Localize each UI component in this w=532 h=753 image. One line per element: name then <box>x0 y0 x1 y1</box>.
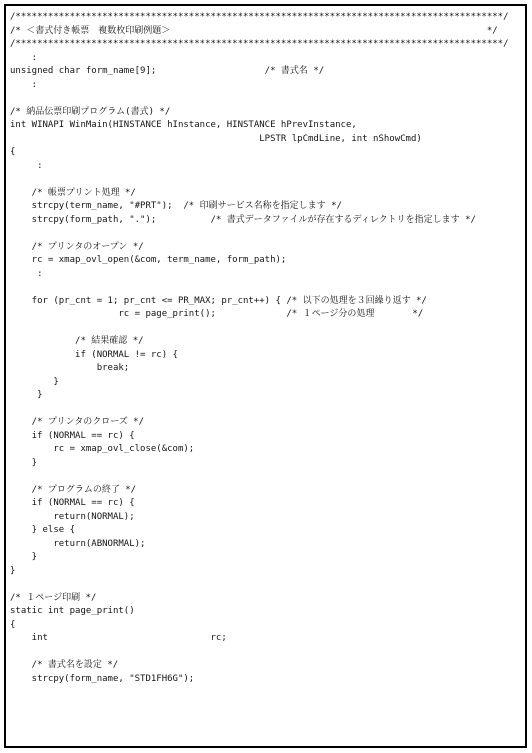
code-line: LPSTR lpCmdLine, int nShowCmd) <box>10 133 525 147</box>
code-line: } else { <box>10 524 525 538</box>
code-line: int rc; <box>10 632 525 646</box>
code-line: break; <box>10 362 525 376</box>
code-line: : <box>10 79 525 93</box>
code-line: } <box>10 376 525 390</box>
code-line: : <box>10 268 525 282</box>
code-line: { <box>10 619 525 633</box>
code-line <box>10 403 525 417</box>
code-line <box>10 227 525 241</box>
code-line: /***************************************… <box>10 11 525 25</box>
code-line: /***************************************… <box>10 38 525 52</box>
code-line: /* プリンタのオープン */ <box>10 241 525 255</box>
code-line: return(NORMAL); <box>10 511 525 525</box>
code-line: } <box>10 551 525 565</box>
code-line <box>10 578 525 592</box>
code-line: /* プログラムの終了 */ <box>10 484 525 498</box>
code-listing: /***************************************… <box>6 6 525 686</box>
code-line <box>10 322 525 336</box>
code-line: } <box>10 389 525 403</box>
code-line: return(ABNORMAL); <box>10 538 525 552</box>
code-line <box>10 646 525 660</box>
code-line: } <box>10 565 525 579</box>
code-line <box>10 281 525 295</box>
code-line: int WINAPI WinMain(HINSTANCE hInstance, … <box>10 119 525 133</box>
code-line: rc = xmap_ovl_close(&com); <box>10 443 525 457</box>
code-line: /* 納品伝票印刷プログラム(書式) */ <box>10 106 525 120</box>
comment-closer: */ <box>487 25 498 39</box>
code-line <box>10 470 525 484</box>
code-line: } <box>10 457 525 471</box>
code-line: /* 結果確認 */ <box>10 335 525 349</box>
code-line: strcpy(term_name, "#PRT"); /* 印刷サービス名称を指… <box>10 200 525 214</box>
code-line: if (NORMAL == rc) { <box>10 497 525 511</box>
code-line: if (NORMAL == rc) { <box>10 430 525 444</box>
code-line <box>10 173 525 187</box>
code-line: strcpy(form_path, "."); /* 書式データファイルが存在す… <box>10 214 525 228</box>
code-line: /* プリンタのクローズ */ <box>10 416 525 430</box>
code-line: /* ＜書式付き帳票 複数枚印刷例題＞*/ <box>10 25 525 39</box>
code-line: rc = xmap_ovl_open(&com, term_name, form… <box>10 254 525 268</box>
code-line: strcpy(form_name, "STD1FH6G"); <box>10 673 525 687</box>
code-line: { <box>10 146 525 160</box>
code-line: unsigned char form_name[9]; /* 書式名 */ <box>10 65 525 79</box>
code-line: for (pr_cnt = 1; pr_cnt <= PR_MAX; pr_cn… <box>10 295 525 309</box>
page-border: /***************************************… <box>4 4 527 748</box>
code-line: static int page_print() <box>10 605 525 619</box>
code-line: rc = page_print(); /* １ページ分の処理 */ <box>10 308 525 322</box>
code-line: if (NORMAL != rc) { <box>10 349 525 363</box>
code-line: /* 帳票プリント処理 */ <box>10 187 525 201</box>
code-line: : <box>10 52 525 66</box>
code-line: /* 書式名を設定 */ <box>10 659 525 673</box>
code-line <box>10 92 525 106</box>
code-line: : <box>10 160 525 174</box>
code-line: /* １ページ印刷 */ <box>10 592 525 606</box>
